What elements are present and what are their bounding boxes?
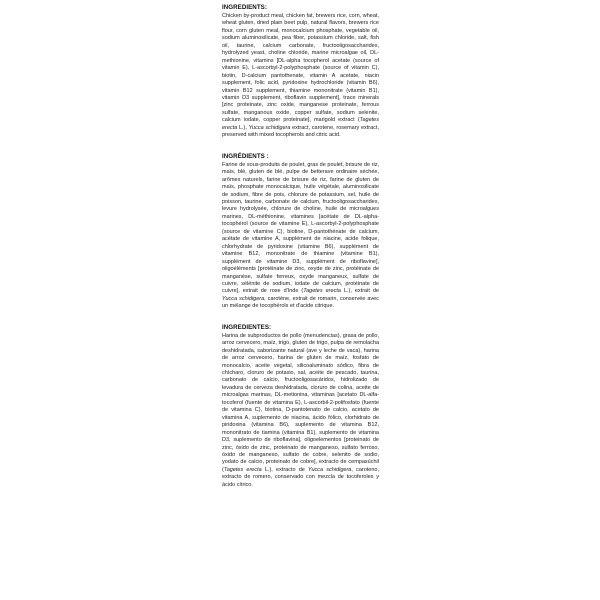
ingredients-section-spanish: INGREDIENTES: Harina de subproductos de … — [222, 324, 379, 490]
ingredients-label: INGREDIENTS: Chicken by-product meal, ch… — [222, 4, 379, 489]
text-segment: L.), — [237, 125, 248, 131]
text-segment: L.), extrait de — [341, 288, 379, 294]
text-segment: Chicken by-product meal, chicken fat, br… — [222, 13, 379, 123]
italic-segment: Tagetes erecta — [303, 288, 341, 294]
section-heading: INGRÉDIENTS : — [222, 153, 379, 161]
text-segment: Farine de sous-produits de poulet, gras … — [222, 162, 379, 295]
section-heading: INGREDIENTS: — [222, 4, 379, 12]
text-segment: L.), extracto de — [262, 467, 308, 473]
ingredients-section-french: INGRÉDIENTS : Farine de sous-produits de… — [222, 153, 379, 311]
italic-segment: Yucca schidigera — [249, 125, 291, 131]
ingredients-list: Chicken by-product meal, chicken fat, br… — [222, 13, 379, 140]
ingredients-list: Harina de subproductos de pollo (menuden… — [222, 333, 379, 490]
section-heading: INGREDIENTES: — [222, 324, 379, 332]
text-segment: Harina de subproductos de pollo (menuden… — [222, 333, 379, 473]
italic-segment: Yucca schidigera — [308, 467, 351, 473]
ingredients-list: Farine de sous-produits de poulet, gras … — [222, 162, 379, 311]
ingredients-section-english: INGREDIENTS: Chicken by-product meal, ch… — [222, 4, 379, 140]
italic-segment: Tagetes erecta — [224, 467, 262, 473]
italic-segment: Yucca schidigera — [222, 296, 264, 302]
